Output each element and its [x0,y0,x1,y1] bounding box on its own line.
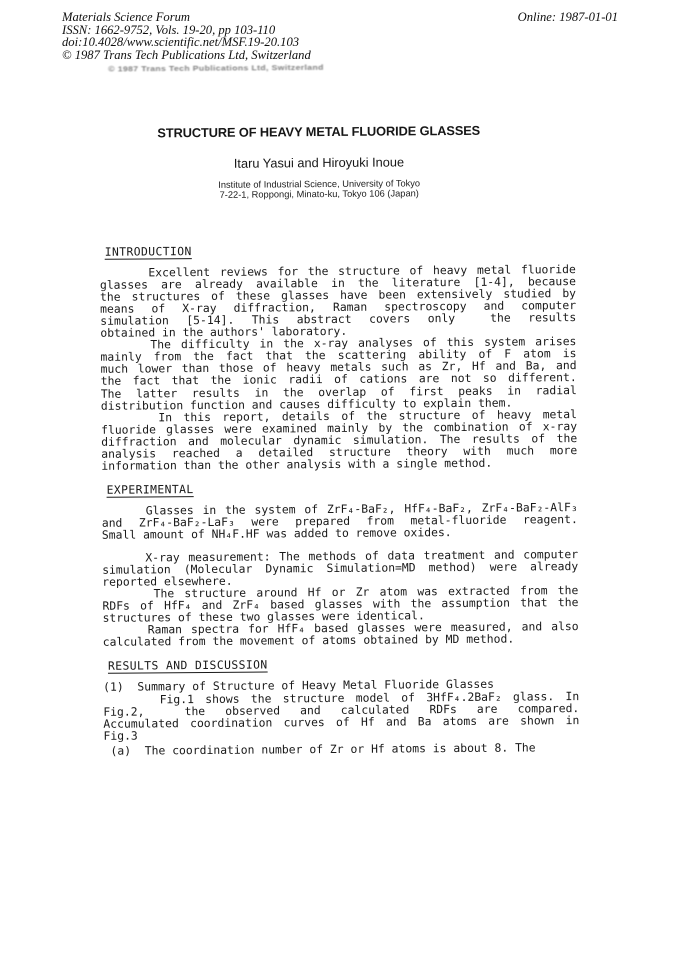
article-body: INTRODUCTION Excellent reviews for the s… [100,242,580,756]
paper-title: STRUCTURE OF HEAVY METAL FLUORIDE GLASSE… [98,122,540,140]
document-page: Materials Science Forum ISSN: 1662-9752,… [0,0,678,959]
intro-paragraph-2: The difficulty in the x-ray analyses of … [100,335,577,411]
scanned-page-content: © 1987 Trans Tech Publications Ltd, Swit… [0,0,678,959]
section-introduction: INTRODUCTION Excellent reviews for the s… [100,242,578,472]
experimental-paragraph-4: Raman spectra for HfF₄ based glasses wer… [103,620,579,648]
title-block: STRUCTURE OF HEAVY METAL FLUORIDE GLASSE… [98,122,541,201]
authors: Itaru Yasui and Hiroyuki Inoue [98,153,540,171]
results-item-a: (a) The coordination number of Zr or Hf … [104,741,580,757]
section-experimental: EXPERIMENTAL Glasses in the system of Zr… [101,480,578,648]
affiliation: Institute of Industrial Science, Univers… [98,177,540,201]
intro-paragraph-3: In this report, details of the structure… [101,408,577,472]
heading-introduction: INTRODUCTION [105,242,576,258]
experimental-paragraph-1: Glasses in the system of ZrF₄-BaF₂, HfF₄… [102,501,578,541]
experimental-paragraph-3: The structure around Hf or Zr atom was e… [102,584,578,624]
scan-artifact-ghost-line: © 1987 Trans Tech Publications Ltd, Swit… [108,63,348,73]
affiliation-line-2: 7-22-1, Roppongi, Minato-ku, Tokyo 106 (… [98,188,540,202]
intro-paragraph-1: Excellent reviews for the structure of h… [100,263,577,339]
heading-experimental: EXPERIMENTAL [106,480,577,496]
heading-results-and-discussion: RESULTS AND DISCUSSION [108,656,579,672]
experimental-paragraph-2: X-ray measurement: The methods of data t… [102,548,578,588]
results-paragraph-1: Fig.1 shows the structure model of 3HfF₄… [103,690,579,742]
section-results: RESULTS AND DISCUSSION (1) Summary of St… [103,656,580,756]
